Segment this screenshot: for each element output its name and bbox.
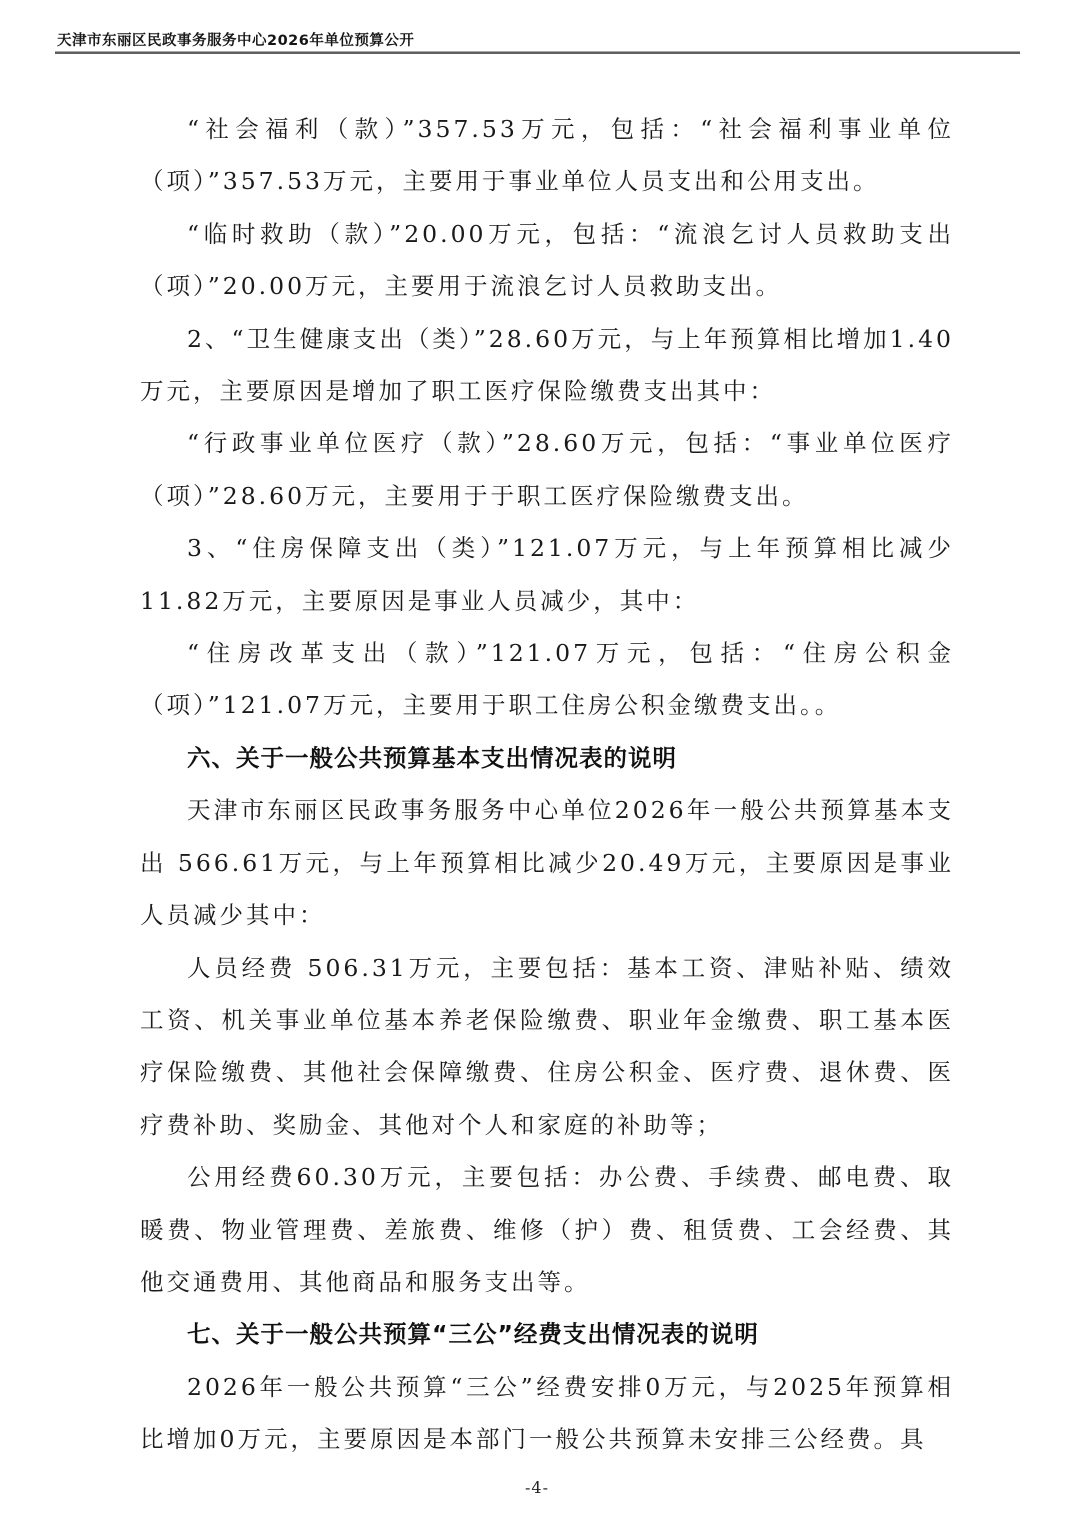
- paragraph: “住房改革支出（款）”121.07万元，包括：“住房公积金（项）”121.07万…: [140, 627, 954, 732]
- document-page: 天津市东丽区民政事务服务中心2026年单位预算公开 “社会福利（款）”357.5…: [0, 0, 1074, 1520]
- page-number: -4-: [525, 1478, 549, 1497]
- paragraph: 人员经费 506.31万元，主要包括：基本工资、津贴补贴、绩效工资、机关事业单位…: [140, 942, 954, 1152]
- paragraph: “社会福利（款）”357.53万元，包括：“社会福利事业单位（项）”357.53…: [140, 103, 954, 208]
- paragraph: 2026年一般公共预算“三公”经费安排0万元，与2025年预算相比增加0万元，主…: [140, 1361, 954, 1466]
- document-body: “社会福利（款）”357.53万元，包括：“社会福利事业单位（项）”357.53…: [140, 103, 954, 1466]
- page-footer: -4-: [0, 1478, 1074, 1497]
- paragraph: 3、“住房保障支出（类）”121.07万元，与上年预算相比减少11.82万元，主…: [140, 522, 954, 627]
- paragraph: 天津市东丽区民政事务服务中心单位2026年一般公共预算基本支出 566.61万元…: [140, 784, 954, 941]
- paragraph: 2、“卫生健康支出（类）”28.60万元，与上年预算相比增加1.40万元，主要原…: [140, 313, 954, 418]
- header-divider-dark-line: [55, 52, 1020, 54]
- header-divider: [55, 51, 1020, 54]
- paragraph: 公用经费60.30万元，主要包括：办公费、手续费、邮电费、取暖费、物业管理费、差…: [140, 1151, 954, 1308]
- paragraph: “行政事业单位医疗（款）”28.60万元，包括：“事业单位医疗（项）”28.60…: [140, 417, 954, 522]
- section-heading-seven: 七、关于一般公共预算“三公”经费支出情况表的说明: [140, 1308, 954, 1360]
- paragraph: “临时救助（款）”20.00万元，包括：“流浪乞讨人员救助支出（项）”20.00…: [140, 208, 954, 313]
- header-title: 天津市东丽区民政事务服务中心2026年单位预算公开: [57, 29, 414, 50]
- section-heading-six: 六、关于一般公共预算基本支出情况表的说明: [140, 732, 954, 784]
